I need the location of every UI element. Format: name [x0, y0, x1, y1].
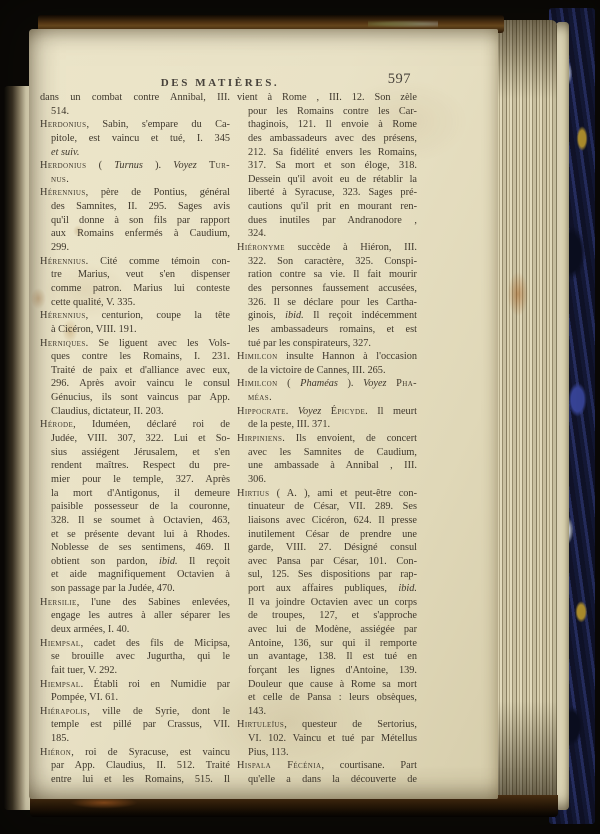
text-line: Hérennius, père de Pontius, général [40, 186, 230, 200]
text-line: 185. [51, 732, 230, 746]
text-line: et celle de Pansa : leurs obsèques, [248, 691, 417, 705]
text-line: 514. [51, 105, 230, 119]
top-edge-speck [368, 20, 438, 28]
text-line: temple est pillé par Crassus, VII. [51, 718, 230, 732]
text-line: qu'elle a dans la découverte de [248, 773, 417, 787]
text-line: port aux affaires publiques, ibid. [248, 582, 417, 596]
text-line: Hiéronyme succède à Hiéron, III. [237, 241, 417, 255]
text-line: ginois, ibid. Il reçoit indécemment [248, 309, 417, 323]
text-line: vient à Rome , III. 12. Son zèle [237, 91, 417, 105]
text-line: 306. [248, 473, 417, 487]
text-line: Il va joindre Octavien avec un corps [248, 596, 417, 610]
index-column-right: vient à Rome , III. 12. Son zèlepour les… [237, 91, 417, 787]
text-line: des personnes faussement accusées, [248, 282, 417, 296]
text-line: Traité de paix et d'alliance avec eux, [51, 364, 230, 378]
text-line: rendent maîtres. Respect du pre- [51, 459, 230, 473]
text-line: Herdonius ( Turnus ). Voyez Tur- [40, 159, 230, 173]
text-line: aux Romains enfermés à Caudium, [51, 227, 230, 241]
text-line: des ambassadeurs avec des présens, [248, 132, 417, 146]
text-line: obtient son pardon, ibid. Il reçoit [51, 555, 230, 569]
text-line: la mort d'Antigonus, il demeure [51, 487, 230, 501]
text-line: méas. [248, 391, 417, 405]
text-line: inutilement César de prendre une [248, 528, 417, 542]
text-line: Hérennius. Cité comme témoin con- [40, 255, 230, 269]
book-page: DES MATIÈRES. 597 dans un combat contre … [29, 29, 498, 799]
text-line: qu'il donne à son fils par rapport [51, 214, 230, 228]
text-line: cautions qu'il prit en mourant ren- [248, 200, 417, 214]
text-line: tinuateur de César, VII. 289. Ses [248, 500, 417, 514]
text-line: tre Marius, veut s'en dispenser [51, 268, 230, 282]
text-line: de la victoire de Cannes, III. 265. [248, 364, 417, 378]
text-line: et se présente devant lui à Rhodes. [51, 528, 230, 542]
text-line: Hiérapolis, ville de Syrie, dont le [40, 705, 230, 719]
text-line: et suiv. [51, 146, 230, 160]
text-line: sius assiégent Jérusalem, et s'en [51, 446, 230, 460]
text-line: Dessein qu'il avoit eu de rétablir la [248, 173, 417, 187]
text-line: 296. Après avoir vaincu le consul [51, 377, 230, 391]
text-line: Himilcon insulte Hannon à l'occasion [237, 350, 417, 364]
text-line: ration contre sa vie. Il fait mourir [248, 268, 417, 282]
text-line: de la peste, III. 371. [248, 418, 417, 432]
text-line: dues inutiles par Andranodore , [248, 214, 417, 228]
text-line: cette qualité, V. 335. [51, 296, 230, 310]
text-line: Hispala Fécénia, courtisane. Part [237, 759, 417, 773]
text-line: Hérode, Iduméen, déclaré roi de [40, 418, 230, 432]
text-line: VI. 102. Vaincu et tué par Métellus [248, 732, 417, 746]
text-line: Génucius, ils sont vaincus par App. [51, 391, 230, 405]
adjacent-page-gutter [4, 86, 32, 810]
text-line: paisible possesseur de la couronne, [51, 500, 230, 514]
text-line: comme patron. Marius lui conteste [51, 282, 230, 296]
text-line: Douleur que cause à Rome sa mort [248, 678, 417, 692]
text-line: pitole, est vaincu et tué, I. 345 [51, 132, 230, 146]
text-line: 299. [51, 241, 230, 255]
text-line: 143. [248, 705, 417, 719]
text-line: un avantage, 138. Il est tué en [248, 650, 417, 664]
text-line: Pius, 113. [248, 746, 417, 760]
text-line: Hirpiniens. Ils envoient, de concert [237, 432, 417, 446]
text-line: Hersilie, l'une des Sabines enlevées, [40, 596, 230, 610]
text-line: garde, VIII. 27. Désigné consul [248, 541, 417, 555]
text-line: 326. Il se déclare pour les Cartha- [248, 296, 417, 310]
text-line: de troupes, 127, et s'approche [248, 609, 417, 623]
text-line: Hérennius, centurion, coupe la tête [40, 309, 230, 323]
text-line: 324. [248, 227, 417, 241]
scanned-book-photo: DES MATIÈRES. 597 dans un combat contre … [0, 0, 600, 834]
text-line: Judée, VIII. 307, 322. Lui et So- [51, 432, 230, 446]
text-line: avec lui de Modène, assiégée par [248, 623, 417, 637]
text-line: et aide magnifiquement Octavien à [51, 568, 230, 582]
text-line: pour les Romains contre les Car- [248, 105, 417, 119]
text-line: se brouille avec Jugurtha, qui le [51, 650, 230, 664]
text-line: Hiempsal. Établi roi en Numidie par [40, 678, 230, 692]
text-line: 322. Son caractère, 325. Conspi- [248, 255, 417, 269]
text-line: Hiéron, roi de Syracuse, est vaincu [40, 746, 230, 760]
text-line: son passage par la Judée, 470. [51, 582, 230, 596]
text-line: une ambassade à Annibal , III. [248, 459, 417, 473]
text-line: thaginois, 121. Il envoie à Rome [248, 118, 417, 132]
text-line: dans un combat contre Annibal, III. [40, 91, 230, 105]
text-line: Antoine, 136, sur qui il remporte [248, 637, 417, 651]
fore-edge-stain [503, 262, 533, 326]
text-line: nus. [51, 173, 230, 187]
text-line: Himilcon ( Phaméas ). Voyez Pha- [237, 377, 417, 391]
text-line: des Samnites, II. 295. Sages avis [51, 200, 230, 214]
text-line: Hirtius ( A. ), ami et peut-être con- [237, 487, 417, 501]
page-number: 597 [329, 71, 411, 88]
text-line: sul, 125. Ses dispositions par rap- [248, 568, 417, 582]
text-line: à Cicéron, VIII. 191. [51, 323, 230, 337]
text-line: 212. Sa fidélité envers les Romains, [248, 146, 417, 160]
text-line: fait tuer, V. 292. [51, 664, 230, 678]
text-line: mier pour le temple, 327. Après [51, 473, 230, 487]
text-line: forçant les lignes d'Antoine, 139. [248, 664, 417, 678]
text-line: 317. Sa mort et son éloge, 318. [248, 159, 417, 173]
endpaper-edge [556, 22, 569, 810]
text-line: les ambassadeurs romains, et est [248, 323, 417, 337]
text-line: Noblesse de ses sentimens, 469. Il [51, 541, 230, 555]
text-line: Hiempsal, cadet des fils de Micipsa, [40, 637, 230, 651]
text-line: deux armées, I. 40. [51, 623, 230, 637]
text-line: Herniques. Se liguent avec les Vols- [40, 337, 230, 351]
text-line: 328. Il se soumet à Octavien, 463, [51, 514, 230, 528]
text-line: Claudius, dictateur, II. 203. [51, 405, 230, 419]
text-line: entre lui et les Romains, 515. Il [51, 773, 230, 787]
text-line: Herdonius, Sabin, s'empare du Ca- [40, 118, 230, 132]
text-line: avec les Samnites de Caudium, [248, 446, 417, 460]
text-line: liaisons avec Cicéron, 624. Il presse [248, 514, 417, 528]
index-column-left: dans un combat contre Annibal, III.514.H… [40, 91, 230, 787]
text-line: Pompée, VI. 61. [51, 691, 230, 705]
text-line: tué par les conspirateurs, 327. [248, 337, 417, 351]
text-line: Hippocrate. Voyez Épicyde. Il meurt [237, 405, 417, 419]
text-line: Hirtuleïus, questeur de Sertorius, [237, 718, 417, 732]
text-line: engage les autres à aller séparer les [51, 609, 230, 623]
text-line: avec Pansa par César, 101. Con- [248, 555, 417, 569]
page-fore-edges [497, 20, 557, 812]
text-line: par App. Claudius, II. 512. Traité [51, 759, 230, 773]
text-line: liberté à Syracuse, 323. Sages pré- [248, 186, 417, 200]
text-line: ques contre les Romains, I. 231. [51, 350, 230, 364]
